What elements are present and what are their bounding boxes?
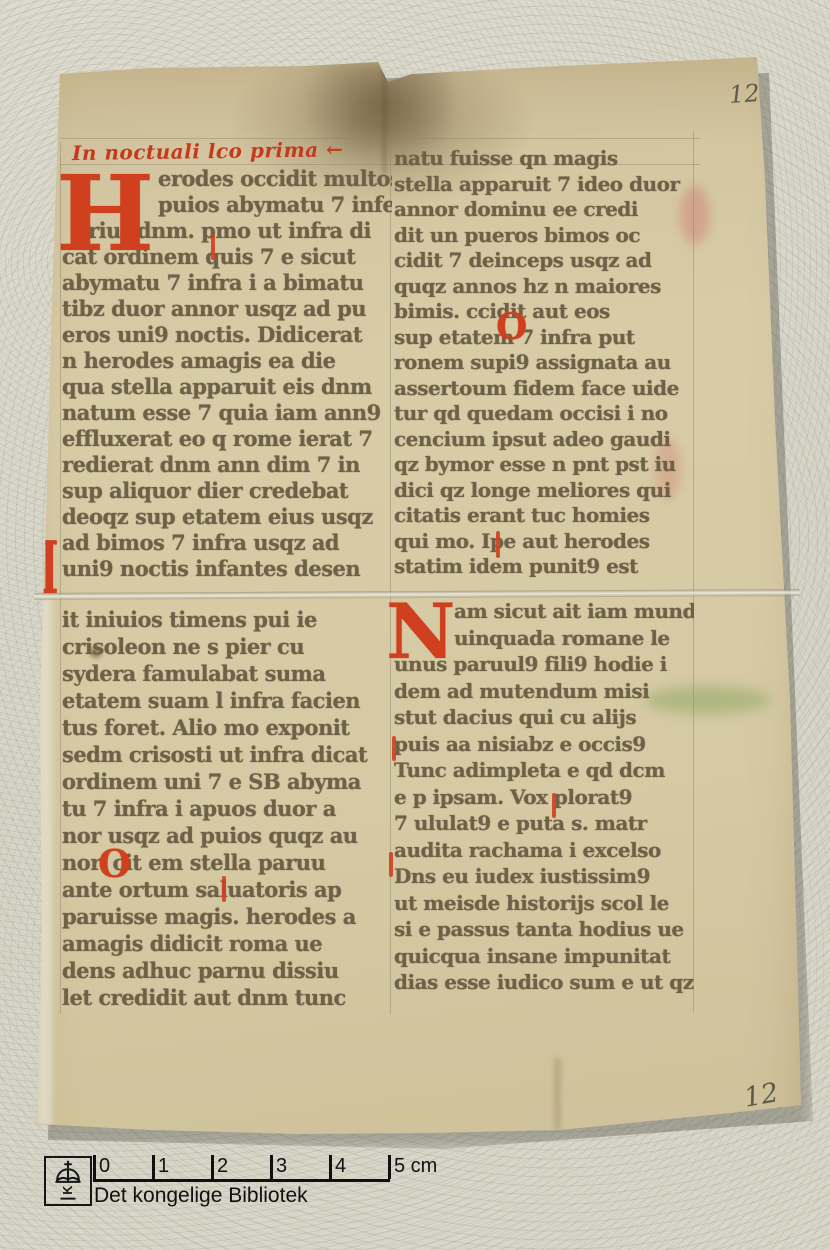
manuscript-text-line: annor dominu ee credi — [394, 197, 694, 223]
ruler-tick-label: 4 — [335, 1155, 346, 1178]
manuscript-text-line: redierat dnm ann dim 7 in — [62, 452, 392, 478]
drop-cap-o-left: O — [98, 845, 131, 883]
manuscript-text-line: quicqua insane impunitat — [394, 943, 694, 970]
manuscript-text-line: deoqz sup etatem eius usqz — [62, 504, 392, 530]
manuscript-text-line: stut dacius qui cu alijs — [394, 704, 694, 731]
rubrication-stroke — [389, 852, 393, 877]
manuscript-text-line: crisoleon ne s pier cu — [62, 633, 392, 660]
manuscript-text-line: effluxerat eo q rome ierat 7 — [62, 426, 392, 452]
rubrication-stroke — [496, 531, 500, 558]
manuscript-text-line: tibz duor annor usqz ad pu — [62, 296, 392, 322]
rubrication-stroke — [392, 736, 396, 761]
ruler-baseline — [93, 1179, 390, 1182]
manuscript-text-line: dem ad mutendum misi — [394, 678, 694, 705]
logo-monogram: K — [61, 1186, 75, 1195]
ruler-tick-label: 5 cm — [394, 1155, 437, 1178]
manuscript-text-line: natu fuisse qn magis — [394, 146, 694, 172]
crease-top-center — [383, 62, 386, 174]
manuscript-text-line: ad bimos 7 infra usqz ad — [62, 530, 392, 556]
manuscript-text-line: tur qd quedam occisi i no — [394, 401, 694, 427]
manuscript-text-line: tus foret. Alio mo exponit — [62, 714, 392, 741]
manuscript-text-line: ut meisde historijs scol le — [394, 890, 694, 917]
crown-kb-icon: K — [49, 1160, 87, 1202]
manuscript-text-line: dens adhuc parnu dissiu — [62, 957, 392, 984]
drop-cap-h: H — [56, 162, 154, 266]
manuscript-text-line: dit un pueros bimos oc — [394, 223, 694, 249]
folio-number-top: 12 — [728, 79, 760, 109]
digitized-manuscript-scan: In noctuali lco prima ← erodes occidit m… — [0, 0, 830, 1250]
manuscript-text-line: qz bymor esse n pnt pst iu — [394, 452, 694, 478]
manuscript-text-line: natum esse 7 quia iam ann9 — [62, 400, 392, 426]
manuscript-text-line: qui mo. Ipe aut herodes — [394, 529, 694, 555]
parchment-leaf: In noctuali lco prima ← erodes occidit m… — [0, 0, 830, 1250]
scale-ruler: 0 1 2 3 4 5 cm — [93, 1155, 453, 1179]
manuscript-text-line: n herodes amagis ea die — [62, 348, 392, 374]
manuscript-text-line: Dns eu iudex iustissim9 — [394, 863, 694, 890]
manuscript-text-line: ordinem uni 7 e SB abyma — [62, 768, 392, 795]
manuscript-text-line: ronem supi9 assignata au — [394, 350, 694, 376]
ruling-line-horizontal — [60, 138, 700, 139]
manuscript-text-line: it iniuios timens pui ie — [62, 606, 392, 633]
manuscript-text-line: qua stella apparuit eis dnm — [62, 374, 392, 400]
manuscript-text-line: sup etatem 7 infra put — [394, 325, 694, 351]
manuscript-text-line: cidit 7 deinceps usqz ad — [394, 248, 694, 274]
rubrication-stroke — [222, 876, 226, 902]
royal-library-logo: K — [44, 1156, 92, 1206]
manuscript-text-line: audita rachama i excelso — [394, 837, 694, 864]
text-column-right-upper: natu fuisse qn magisstella apparuit 7 id… — [394, 146, 694, 580]
manuscript-text-line: si e passus tanta hodius ue — [394, 916, 694, 943]
manuscript-text-line: dias esse iudico sum e ut qz — [394, 969, 694, 996]
manuscript-text-line: eros uni9 noctis. Didicerat — [62, 322, 392, 348]
light-sliver-left-edge — [36, 598, 52, 1126]
manuscript-text-line: cencium ipsut adeo gaudi — [394, 427, 694, 453]
manuscript-text-line: etatem suam l infra facien — [62, 687, 392, 714]
ruler-tick-label: 3 — [276, 1155, 287, 1178]
manuscript-text-line: let credidit aut dnm tunc — [62, 984, 392, 1011]
manuscript-text-line: statim idem punit9 est — [394, 554, 694, 580]
rubrication-stroke — [552, 793, 556, 818]
manuscript-text-line: quqz annos hz n maiores — [394, 274, 694, 300]
manuscript-text-line: bimis. ccidit aut eos — [394, 299, 694, 325]
ruler-tick-label: 0 — [99, 1155, 110, 1178]
library-name-label: Det kongelige Bibliotek — [94, 1184, 308, 1208]
manuscript-text-line: Tunc adimpleta e qd dcm — [394, 757, 694, 784]
manuscript-text-line: citatis erant tuc homies — [394, 503, 694, 529]
manuscript-text-line: sup aliquor dier credebat — [62, 478, 392, 504]
manuscript-text-line: stella apparuit 7 ideo duor — [394, 172, 694, 198]
manuscript-text-line: e p ipsam. Vox plorat9 — [394, 784, 694, 811]
ruler-tick-label: 1 — [158, 1155, 169, 1178]
manuscript-text-line: paruisse magis. herodes a — [62, 903, 392, 930]
drop-cap-n: N — [386, 594, 455, 670]
manuscript-text-line: dici qz longe meliores qui — [394, 478, 694, 504]
rubrication-stroke — [211, 234, 215, 260]
manuscript-text-line: assertoum fidem face uide — [394, 376, 694, 402]
manuscript-text-line: sedm crisosti ut infra dicat — [62, 741, 392, 768]
manuscript-text-line: uni9 noctis infantes desen — [62, 556, 392, 582]
ruler-tick-label: 2 — [217, 1155, 228, 1178]
manuscript-text-line: 7 ululat9 e puta s. matr — [394, 810, 694, 837]
manuscript-text-line: sydera famulabat suma — [62, 660, 392, 687]
manuscript-text-line: tu 7 infra i apuos duor a — [62, 795, 392, 822]
text-column-left-lower: it iniuios timens pui iecrisoleon ne s p… — [62, 606, 392, 1011]
manuscript-text-line: amagis didicit roma ue — [62, 930, 392, 957]
drop-cap-o-right: O — [496, 309, 527, 345]
manuscript-text-line: puis aa nisiabz e occis9 — [394, 731, 694, 758]
crease-bottom-center — [555, 1058, 560, 1130]
